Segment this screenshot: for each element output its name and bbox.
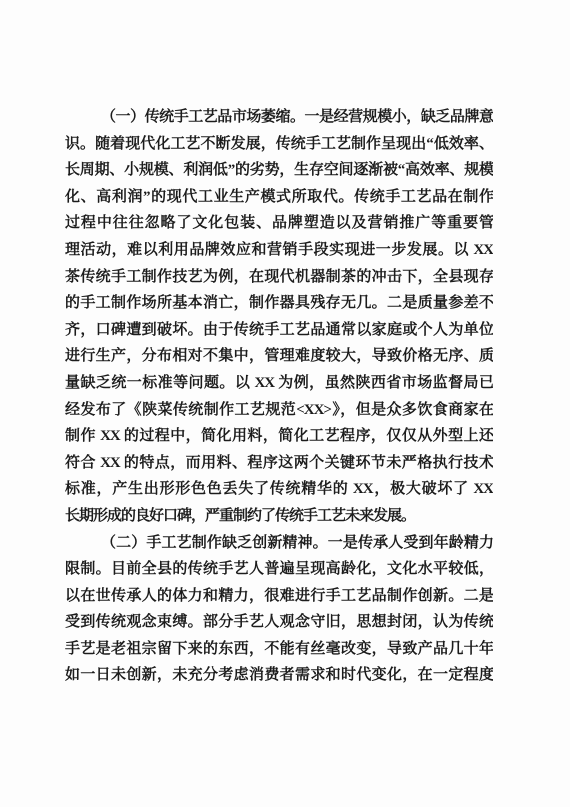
paragraph: （一）传统手工艺品市场萎缩。一是经营规模小，缺乏品牌意识。随着现代化工艺不断发展… xyxy=(65,104,493,530)
text-line: 过程中往往忽略了文化包装、品牌塑造以及营销推广等重要管 xyxy=(65,210,493,237)
text-line: 限制。目前全县的传统手艺人普遍呈现高龄化，文化水平较低， xyxy=(65,556,493,583)
paragraph: （二）手工艺制作缺乏创新精神。一是传承人受到年龄精力限制。目前全县的传统手艺人普… xyxy=(65,530,493,690)
text-line: 理活动，难以利用品牌效应和营销手段实现进一步发展。以 XX xyxy=(65,237,493,264)
text-line: 茶传统手工制作技艺为例，在现代机器制茶的冲击下，全县现存 xyxy=(65,264,493,291)
text-line: （二）手工艺制作缺乏创新精神。一是传承人受到年龄精力 xyxy=(65,530,493,557)
text-line: 如一日未创新，未充分考虑消费者需求和时代变化，在一定程度 xyxy=(65,662,493,689)
text-line: 化、高利润”的现代工业生产模式所取代。传统手工艺品在制作 xyxy=(65,184,493,211)
text-block: （一）传统手工艺品市场萎缩。一是经营规模小，缺乏品牌意识。随着现代化工艺不断发展… xyxy=(65,104,493,689)
text-line: 量缺乏统一标准等问题。以 XX 为例，虽然陕西省市场监督局已 xyxy=(65,370,493,397)
document-page: （一）传统手工艺品市场萎缩。一是经营规模小，缺乏品牌意识。随着现代化工艺不断发展… xyxy=(0,0,570,807)
text-line: 识。随着现代化工艺不断发展，传统手工艺制作呈现出“低效率、 xyxy=(65,131,493,158)
text-line: 经发布了《陕菜传统制作工艺规范<XX>》，但是众多饮食商家在 xyxy=(65,397,493,424)
text-line: 的手工制作场所基本消亡，制作器具残存无几。二是质量参差不 xyxy=(65,290,493,317)
text-line: 长期形成的良好口碑，严重制约了传统手工艺未来发展。 xyxy=(65,503,493,530)
text-line: 以在世传承人的体力和精力，很难进行手工艺品制作创新。二是 xyxy=(65,583,493,610)
text-line: 符合 XX 的特点，而用料、程序这两个关键环节未严格执行技术 xyxy=(65,450,493,477)
text-line: 齐，口碑遭到破坏。由于传统手工艺品通常以家庭或个人为单位 xyxy=(65,317,493,344)
text-line: 制作 XX 的过程中，简化用料，简化工艺程序，仅仅从外型上还 xyxy=(65,423,493,450)
text-line: 标准，产生出形形色色丢失了传统精华的 XX，极大破坏了 XX xyxy=(65,476,493,503)
text-line: 进行生产，分布相对不集中，管理难度较大，导致价格无序、质 xyxy=(65,343,493,370)
text-line: 受到传统观念束缚。部分手艺人观念守旧，思想封闭，认为传统 xyxy=(65,609,493,636)
text-line: （一）传统手工艺品市场萎缩。一是经营规模小，缺乏品牌意 xyxy=(65,104,493,131)
text-line: 手艺是老祖宗留下来的东西，不能有丝毫改变，导致产品几十年 xyxy=(65,636,493,663)
text-line: 长周期、小规模、利润低”的劣势，生存空间逐渐被“高效率、规模 xyxy=(65,157,493,184)
